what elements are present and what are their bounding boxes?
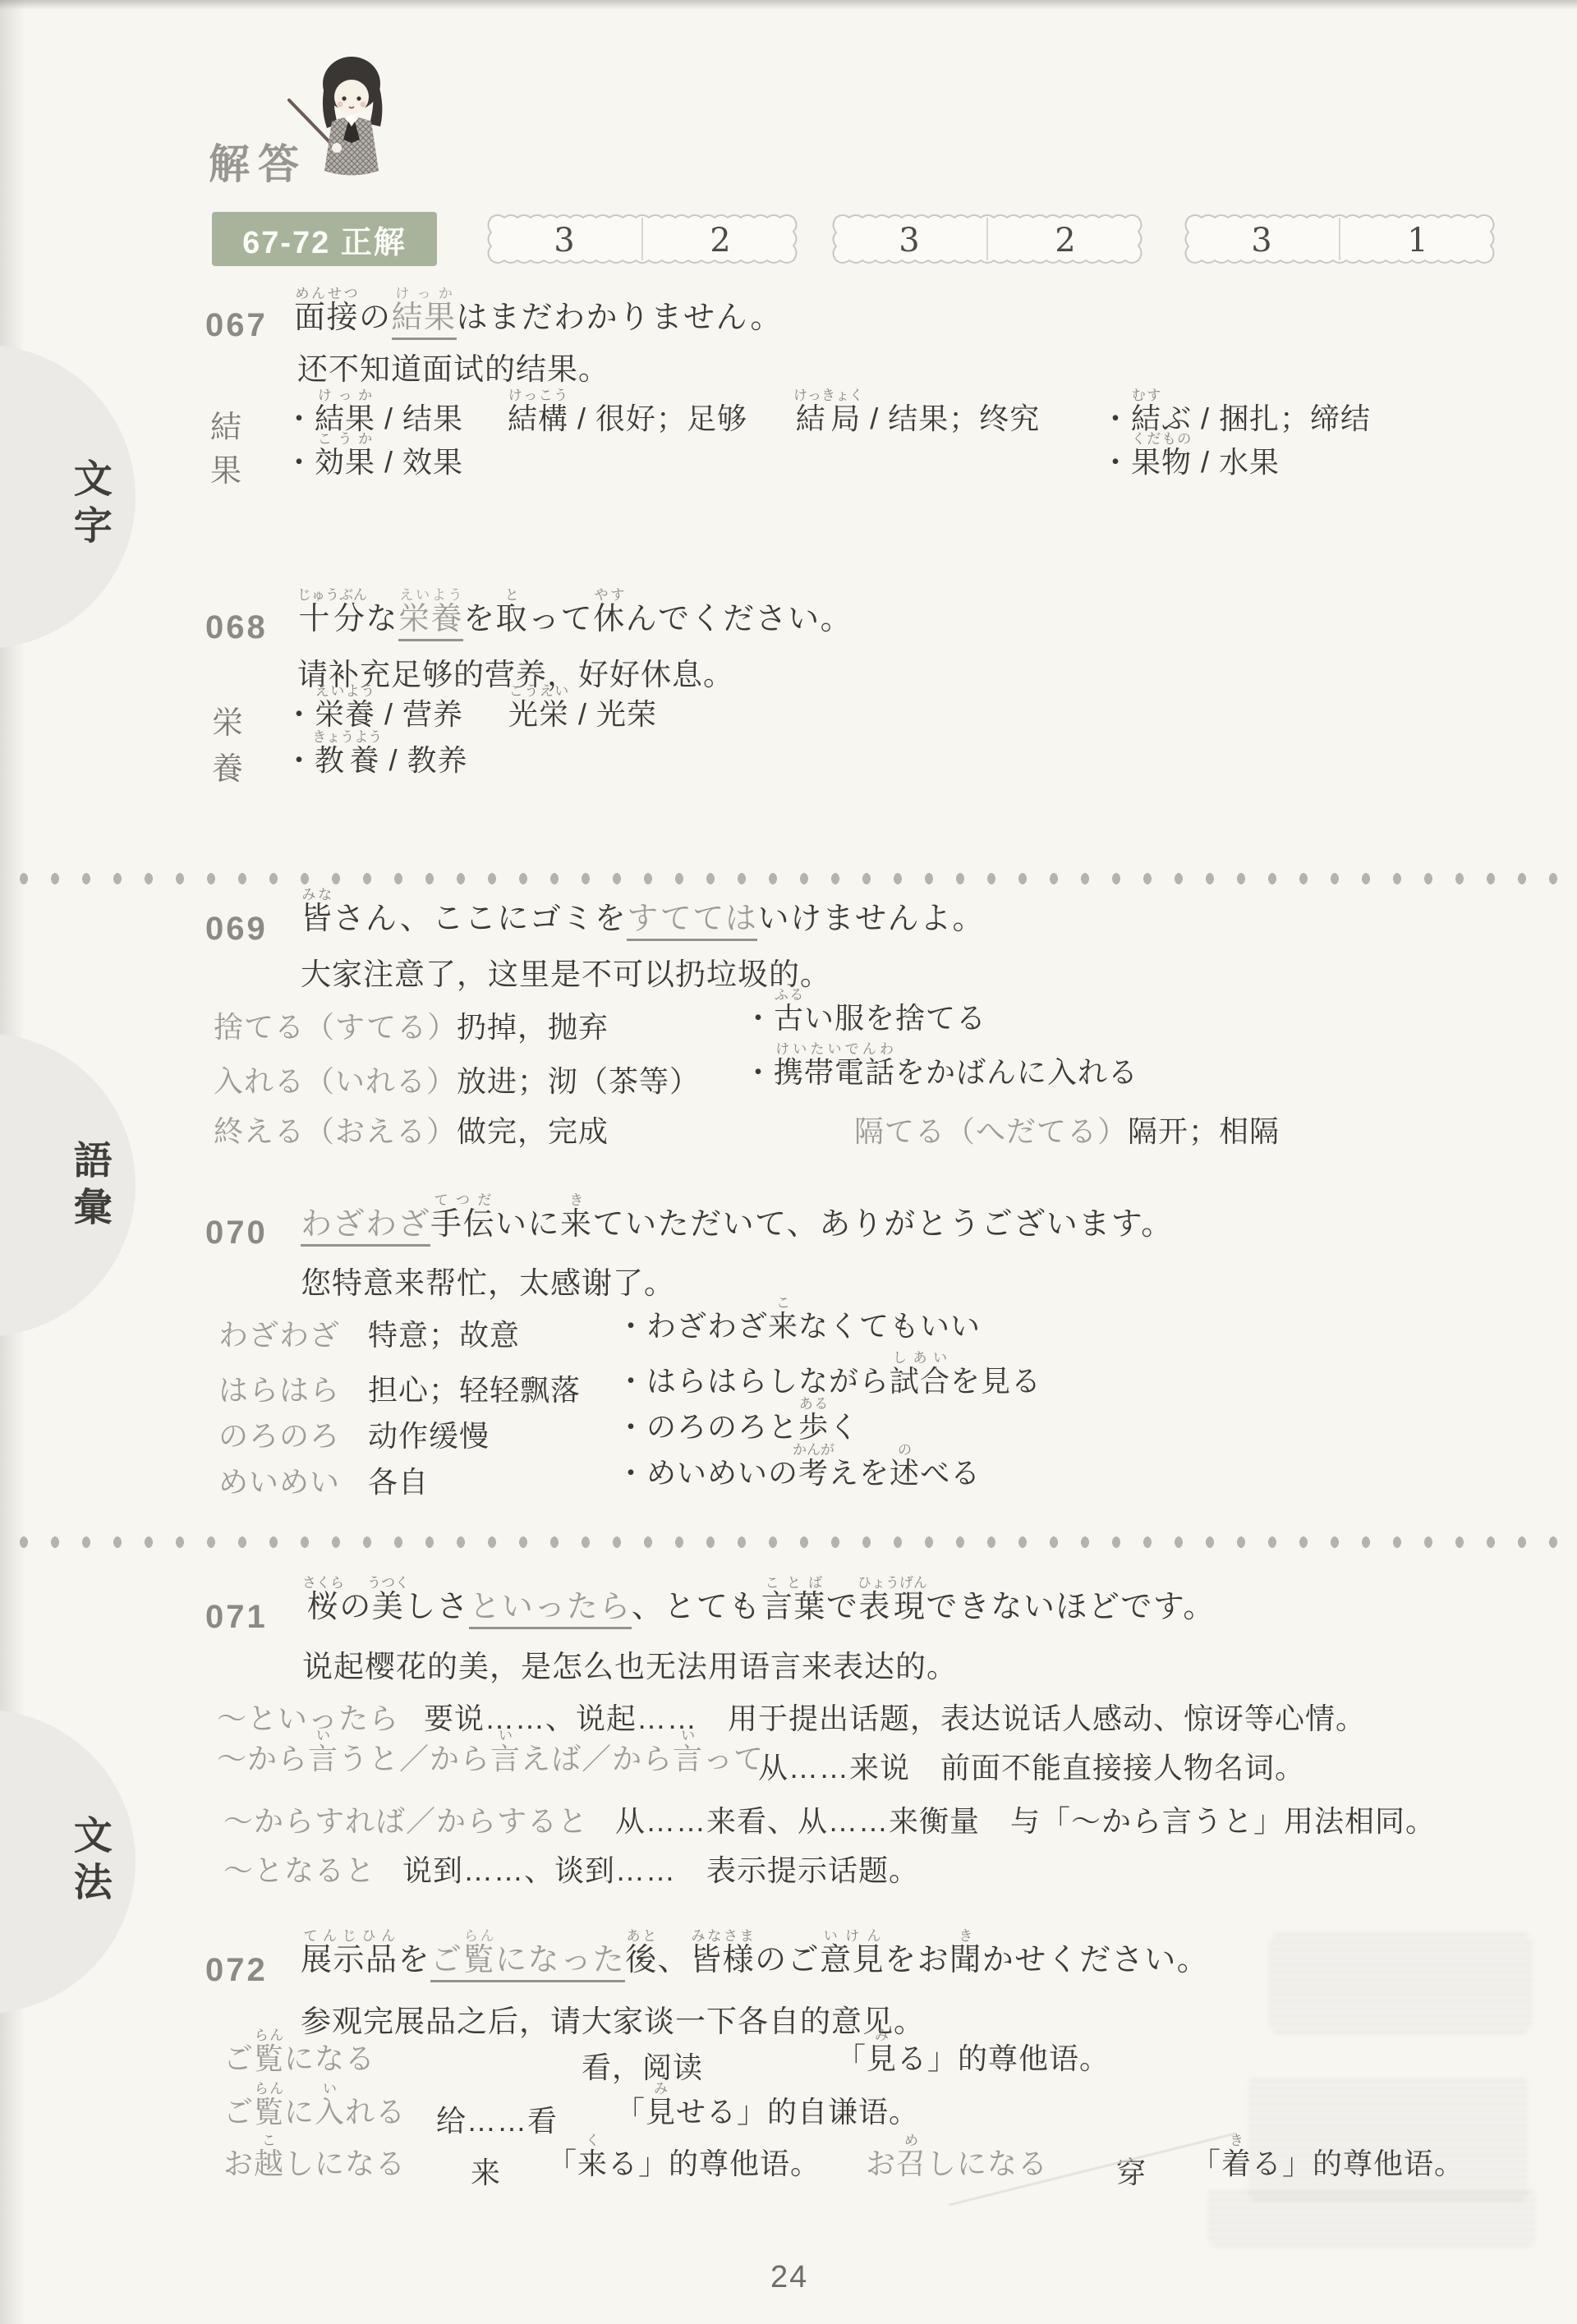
keigo-word: お越こしになる — [223, 2133, 406, 2181]
vocab-item: ・結むすぶ / 捆扎；缔结 — [1101, 388, 1371, 436]
question-sentence: わざわざ手伝てつだいに来きていただいて、ありがとうございます。 — [301, 1192, 1174, 1244]
answer-cell: 3 — [831, 222, 987, 259]
bleed-through-artifact — [1269, 1934, 1532, 2032]
keigo-note: 「見みせる」的自谦语。 — [615, 2081, 919, 2129]
vocab-example: ・携帯電話けいたいでんわをかばんに入れる — [743, 1041, 1138, 1090]
kanji-head: 養 — [212, 751, 245, 789]
question-sentence: 桜さくらの美うつくしさといったら、とても言葉ことばで表現ひょうげんできないほどで… — [302, 1575, 1216, 1627]
vocab-item: 隔てる（へだてる）隔开；相隔 — [854, 1114, 1280, 1149]
question-number: 071 — [205, 1597, 268, 1637]
question-number: 069 — [205, 909, 268, 948]
vocab-word: のろのろ — [218, 1418, 340, 1454]
question-sentence: 十分じゅうぶんな栄養えいようを取とって休やすんでください。 — [297, 587, 853, 639]
dotted-divider — [8, 870, 1569, 887]
question-sentence: 面接めんせつの結果けっかはまだわかりません。 — [294, 286, 783, 338]
keigo-word: ご覧らんに入いれる — [223, 2081, 406, 2129]
chinese-translation: 参观完展品之后，请大家谈一下各自的意见。 — [301, 2004, 925, 2040]
vocab-example: ・のろのろと歩あるく — [616, 1396, 859, 1444]
vocab-item: ・栄養えいよう / 营养 — [284, 683, 463, 732]
vocab-word: めいめい — [218, 1464, 340, 1500]
vocab-item: 結構けっこう / 很好；足够 — [508, 388, 747, 436]
answer-box-group-2: 3 2 — [831, 211, 1143, 267]
section-tab-moji: 文字 — [69, 458, 112, 552]
keigo-note: 「来くる」的尊他语。 — [547, 2133, 821, 2181]
vocab-item: 光栄こうえい / 光荣 — [508, 683, 657, 732]
dotted-divider — [8, 1534, 1569, 1550]
vocab-word: はらはら — [218, 1372, 340, 1408]
grammar-explanation: 说到……、谈到…… 表示提示话题。 — [402, 1853, 919, 1888]
grammar-explanation: 从……来说 前面不能直接接人物名词。 — [758, 1750, 1305, 1785]
page-number: 24 — [770, 2260, 808, 2295]
answer-box-group-1: 3 2 — [486, 211, 798, 267]
vocab-meaning: 做完，完成 — [457, 1114, 609, 1149]
section-tab-bunpou: 文法 — [69, 1815, 112, 1908]
grammar-pattern: 〜となると — [223, 1853, 375, 1888]
keigo-note: 「見みる」的尊他语。 — [836, 2028, 1110, 2076]
section-tab-circle-moji — [0, 345, 136, 649]
answer-cell: 2 — [987, 222, 1143, 259]
bleed-through-artifact — [1248, 2078, 1528, 2201]
vocab-meaning: 扔掉，抛弃 — [457, 1009, 609, 1045]
answer-range-badge: 67-72 正解 — [212, 212, 437, 266]
section-tab-goi: 語彙 — [69, 1140, 112, 1233]
grammar-pattern: 〜から言いうと／から言いえば／から言いって — [217, 1728, 764, 1776]
section-tab-circle-goi — [0, 1033, 136, 1337]
vocab-example: ・めいめいの考かんがえを述のべる — [616, 1442, 981, 1490]
vocab-meaning: 担心；轻轻飘落 — [368, 1372, 581, 1408]
answer-cell: 3 — [486, 222, 642, 259]
question-number: 068 — [205, 608, 268, 647]
vocab-example: ・わざわざ来こなくてもいい — [616, 1295, 981, 1343]
vocab-meaning: 各自 — [368, 1464, 429, 1500]
vocab-word: わざわざ — [218, 1317, 340, 1353]
vocab-item: ・果物くだもの / 水果 — [1101, 431, 1280, 480]
vocab-meaning: 放进；沏（茶等） — [457, 1063, 700, 1099]
question-number: 072 — [205, 1950, 268, 1990]
question-number: 070 — [205, 1213, 268, 1252]
question-sentence: 展示品てんじひんをご覧らんになった後あと、皆様みなさまのご意見いけんをお聞きかせ… — [301, 1928, 1209, 1980]
kanji-head: 果 — [210, 453, 243, 491]
chinese-translation: 还不知道面试的结果。 — [297, 351, 609, 388]
vocab-item: 結局けっきょく / 结果；终究 — [793, 388, 1040, 436]
answer-cell: 3 — [1184, 222, 1340, 259]
answer-cell: 1 — [1340, 222, 1496, 259]
answer-key-page: 文字 語彙 文法 解答 67-72 正解 — [0, 0, 1577, 2324]
answer-cell: 2 — [642, 222, 798, 259]
keigo-meaning: 看，阅读 — [582, 2050, 703, 2085]
keigo-word: お召めしになる — [866, 2133, 1048, 2181]
grammar-explanation: 从……来看、从……来衡量 与「〜から言うと」用法相同。 — [615, 1803, 1436, 1839]
answer-box-group-3: 3 1 — [1184, 211, 1496, 267]
chinese-translation: 说起樱花的美，是怎么也无法用语言来表达的。 — [302, 1649, 958, 1685]
vocab-item: ・効果こうか / 效果 — [284, 431, 463, 480]
question-sentence: 皆みなさん、ここにゴミをすててはいけませんよ。 — [301, 887, 985, 939]
question-number: 067 — [205, 305, 268, 345]
keigo-meaning: 来 — [471, 2155, 501, 2190]
grammar-pattern: 〜からすれば／からすると — [223, 1803, 588, 1839]
vocab-meaning: 特意；故意 — [368, 1317, 520, 1353]
keigo-meaning: 给……看 — [436, 2103, 558, 2138]
vocab-word: 終える（おえる） — [214, 1114, 457, 1149]
vocab-word: 捨てる（すてる） — [214, 1009, 457, 1045]
teacher-girl-illustration — [271, 46, 419, 198]
keigo-word: ご覧らんになる — [223, 2028, 375, 2076]
vocab-item: ・教養きょうよう / 教养 — [284, 729, 468, 778]
scan-top-shadow — [0, 0, 1577, 10]
vocab-item: ・結果けっか / 结果 — [284, 388, 463, 436]
kanji-head: 栄 — [212, 705, 245, 743]
vocab-word: 入れる（いれる） — [214, 1063, 457, 1099]
answer-range-badge-label: 67-72 正解 — [242, 217, 407, 262]
vocab-example: ・はらはらしながら試合しあいを見る — [616, 1350, 1041, 1399]
vocab-example: ・古ふるい服を捨てる — [743, 987, 986, 1036]
vocab-meaning: 动作缓慢 — [368, 1418, 490, 1454]
kanji-head: 結 — [210, 410, 243, 448]
bleed-through-artifact — [1207, 2189, 1536, 2246]
section-tab-circle-bunpou — [0, 1710, 136, 2014]
